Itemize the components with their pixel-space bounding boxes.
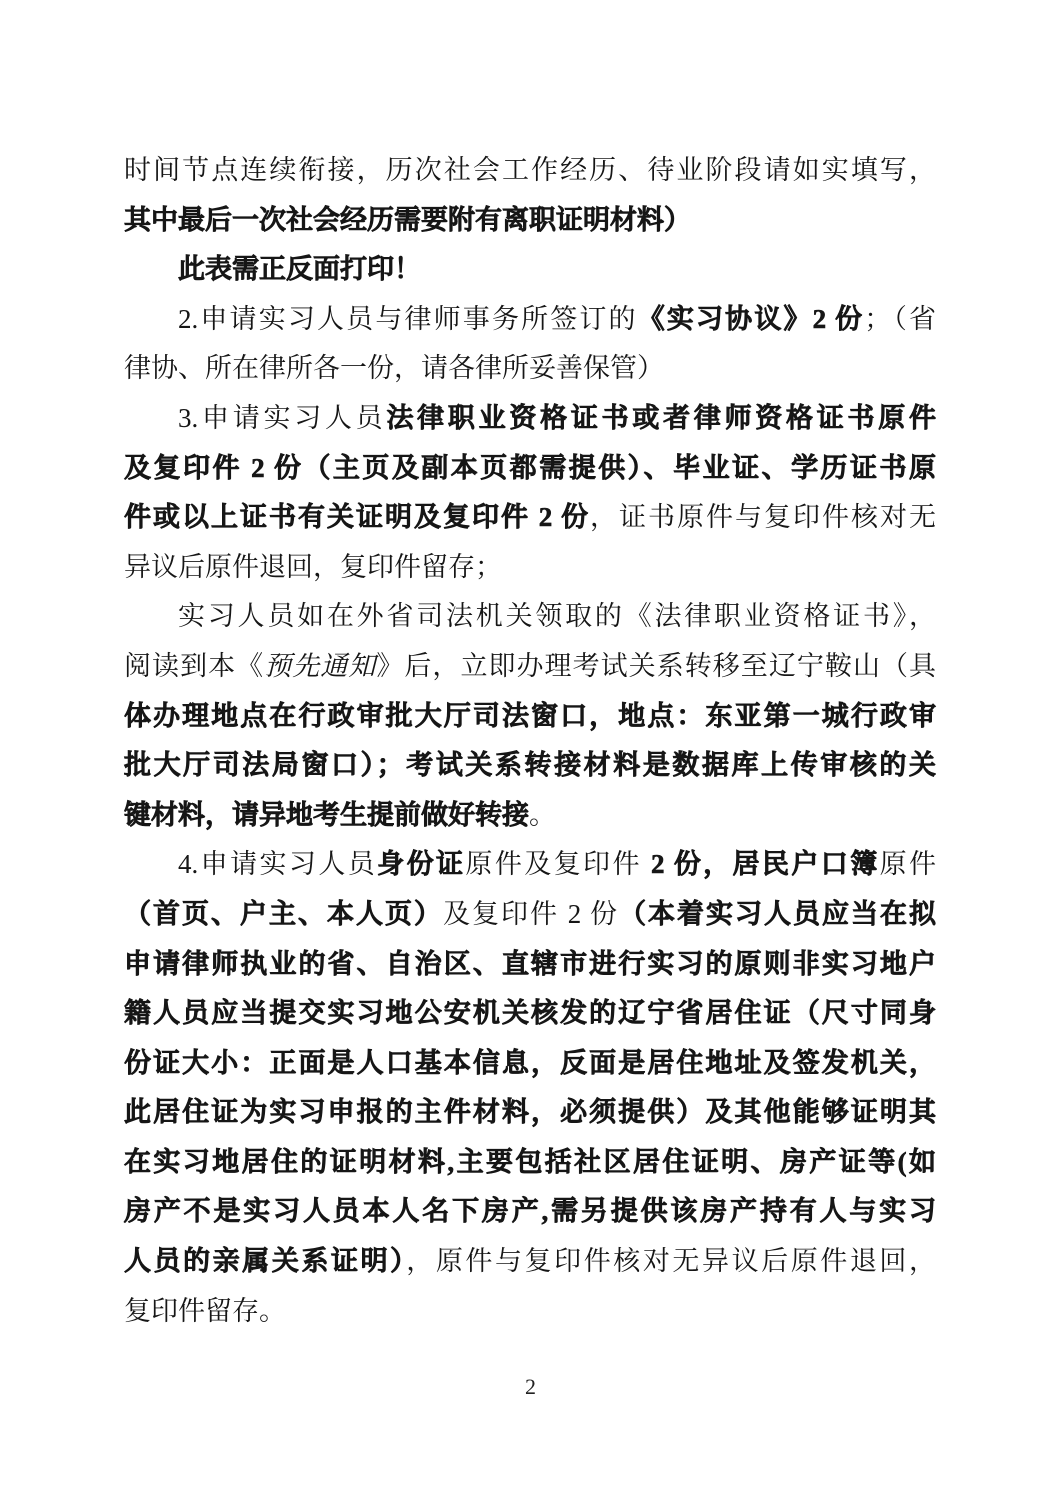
text-line: 2.申请实习人员与律师事务所签订的《实习协议》2 份；（省 [124, 295, 936, 345]
text-line: 实习人员如在外省司法机关领取的《法律职业资格证书》， [124, 592, 936, 642]
text-segment: 异议后原件退回，复印件留存； [124, 552, 502, 582]
text-line: 在实习地居住的证明材料,主要包括社区居住证明、房产证等(如 [124, 1138, 936, 1188]
document-page: 时间节点连续衔接，历次社会工作经历、待业阶段请如实填写，其中最后一次社会经历需要… [0, 0, 1061, 1500]
text-line: 异议后原件退回，复印件留存； [124, 543, 936, 593]
text-segment: 时间节点连续衔接，历次社会工作经历、待业阶段请如实填写， [124, 155, 936, 185]
document-body: 时间节点连续衔接，历次社会工作经历、待业阶段请如实填写，其中最后一次社会经历需要… [124, 146, 936, 1336]
text-line: 阅读到本《预先通知》后，立即办理考试关系转移至辽宁鞍山（具 [124, 642, 936, 692]
text-segment: 2.申请实习人员与律师事务所签订的 [178, 304, 638, 334]
text-segment: ，证书原件与复印件核对无 [590, 502, 936, 532]
text-line: 申请律师执业的省、自治区、直辖市进行实习的原则非实习地户 [124, 940, 936, 990]
text-line: 其中最后一次社会经历需要附有离职证明材料） [124, 196, 936, 246]
text-line: 此表需正反面打印！ [124, 245, 936, 295]
text-segment: 》后，立即办理考试关系转移至辽宁鞍山（具 [376, 651, 936, 681]
text-line: 份证大小：正面是人口基本信息，反面是居住地址及签发机关， [124, 1039, 936, 1089]
text-line: 房产不是实习人员本人名下房产,需另提供该房产持有人与实习 [124, 1187, 936, 1237]
text-segment: 原件及复印件 [465, 849, 641, 879]
text-line: 键材料，请异地考生提前做好转接。 [124, 791, 936, 841]
text-segment: 申请律师执业的省、自治区、直辖市进行实习的原则非实习地户 [124, 949, 936, 979]
text-segment: 键材料，请异地考生提前做好转接 [124, 800, 529, 830]
text-line: 时间节点连续衔接，历次社会工作经历、待业阶段请如实填写， [124, 146, 936, 196]
text-segment: 份证大小：正面是人口基本信息，反面是居住地址及签发机关， [124, 1048, 936, 1078]
text-segment: 法律职业资格证书或者律师资格证书原件 [386, 403, 936, 433]
text-segment: （首页、户主、本人页） [124, 899, 443, 929]
text-segment: 3.申请实习人员 [178, 403, 386, 433]
text-segment: 实习人员如在外省司法机关领取的《法律职业资格证书》， [178, 601, 936, 631]
text-line: 3.申请实习人员法律职业资格证书或者律师资格证书原件 [124, 394, 936, 444]
text-segment: 件或以上证书有关证明及复印件 2 份 [124, 502, 590, 532]
text-segment: 房产不是实习人员本人名下房产,需另提供该房产持有人与实习 [124, 1196, 936, 1226]
text-segment: 4.申请实习人员 [178, 849, 377, 879]
text-line: 及复印件 2 份（主页及副本页都需提供）、毕业证、学历证书原 [124, 444, 936, 494]
text-segment: ，原件与复印件核对无异议后原件退回， [406, 1246, 936, 1276]
text-segment: 人员的亲属关系证明） [124, 1246, 406, 1276]
text-segment: ；（省 [864, 304, 936, 334]
text-segment: 在实习地居住的证明材料,主要包括社区居住证明、房产证等(如 [124, 1147, 936, 1177]
text-line: 体办理地点在行政审批大厅司法窗口，地点：东亚第一城行政审 [124, 692, 936, 742]
text-line: 4.申请实习人员身份证原件及复印件 2 份，居民户口簿原件 [124, 840, 936, 890]
text-line: 人员的亲属关系证明），原件与复印件核对无异议后原件退回， [124, 1237, 936, 1287]
text-line: 件或以上证书有关证明及复印件 2 份，证书原件与复印件核对无 [124, 493, 936, 543]
text-segment: 阅读到本《 [124, 651, 264, 681]
text-segment: 身份证 [377, 849, 465, 879]
page-footer: 2 [0, 1372, 1061, 1402]
text-line: 籍人员应当提交实习地公安机关核发的辽宁省居住证（尺寸同身 [124, 989, 936, 1039]
text-segment: 此居住证为实习申报的主件材料，必须提供）及其他能够证明其 [124, 1097, 936, 1127]
text-line: 律协、所在律所各一份，请各律所妥善保管） [124, 344, 936, 394]
text-line: 复印件留存。 [124, 1287, 936, 1337]
text-line: 此居住证为实习申报的主件材料，必须提供）及其他能够证明其 [124, 1088, 936, 1138]
text-segment: 籍人员应当提交实习地公安机关核发的辽宁省居住证（尺寸同身 [124, 998, 936, 1028]
text-segment: 体办理地点在行政审批大厅司法窗口，地点：东亚第一城行政审 [124, 701, 936, 731]
page-number: 2 [525, 1374, 536, 1399]
text-segment: 批大厅司法局窗口）；考试关系转接材料是数据库上传审核的关 [124, 750, 936, 780]
text-segment: 2 份，居民户口簿 [642, 849, 880, 879]
text-segment: 此表需正反面打印！ [178, 254, 421, 284]
text-segment: 及复印件 2 份 [443, 899, 619, 929]
text-segment: 原件 [880, 849, 936, 879]
text-segment: 《实习协议》2 份 [638, 304, 864, 334]
text-line: 批大厅司法局窗口）；考试关系转接材料是数据库上传审核的关 [124, 741, 936, 791]
text-segment: （本着实习人员应当在拟 [619, 899, 936, 929]
text-segment: 。 [529, 800, 556, 830]
text-line: （首页、户主、本人页）及复印件 2 份（本着实习人员应当在拟 [124, 890, 936, 940]
text-segment: 律协、所在律所各一份，请各律所妥善保管） [124, 353, 664, 383]
text-segment: 预先通知 [264, 651, 376, 681]
text-segment: 及复印件 2 份（主页及副本页都需提供）、毕业证、学历证书原 [124, 453, 936, 483]
text-segment: 复印件留存。 [124, 1296, 286, 1326]
text-segment: 其中最后一次社会经历需要附有离职证明材料） [124, 205, 691, 235]
